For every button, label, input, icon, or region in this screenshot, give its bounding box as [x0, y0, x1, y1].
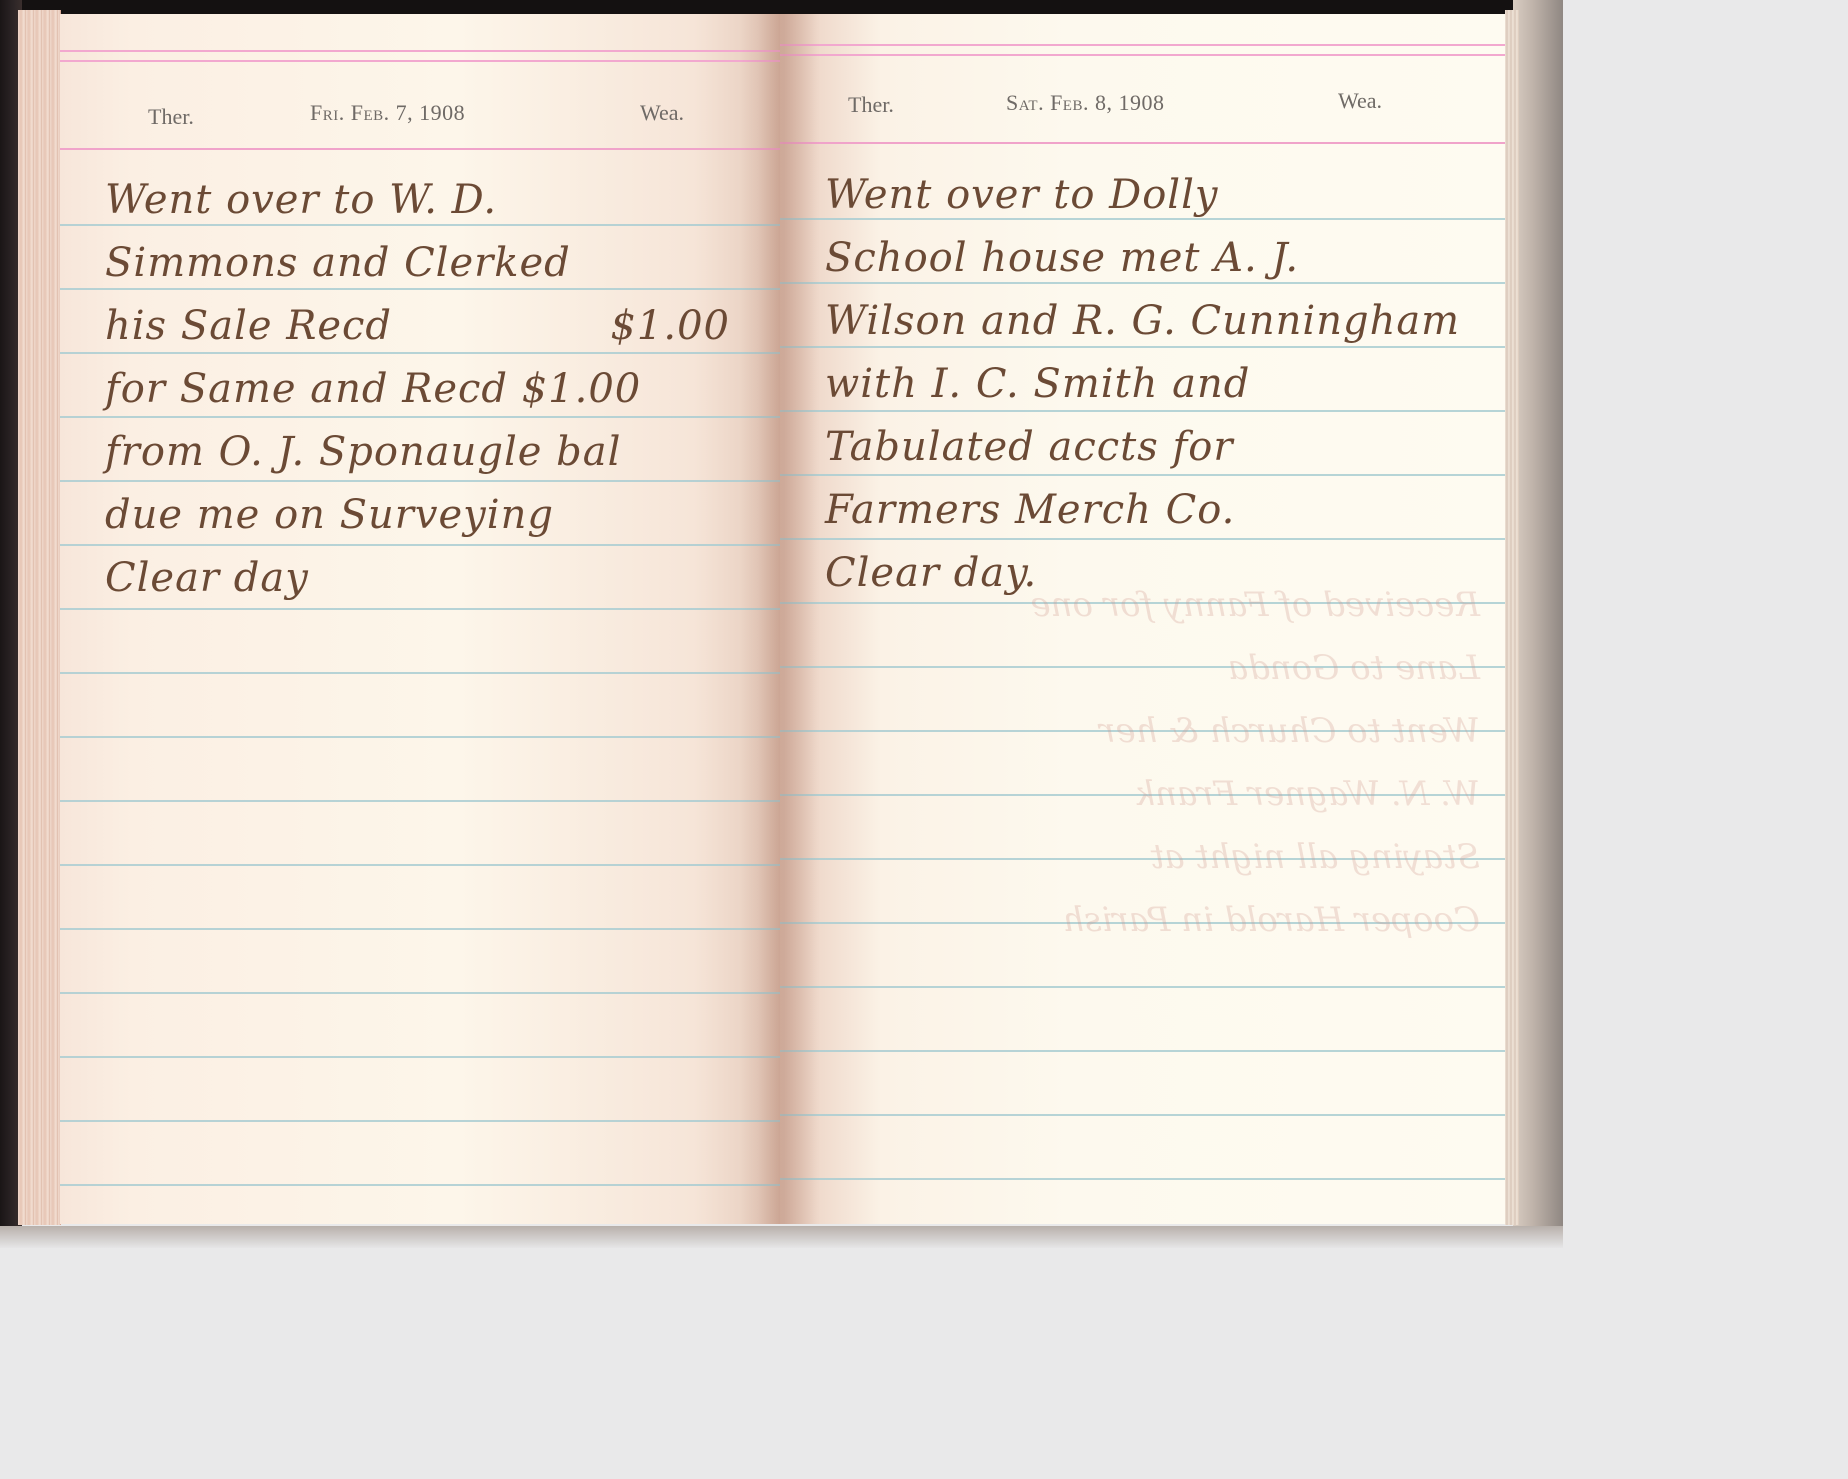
right-page: Ther. Sat. Feb. 8, 1908 Wea. Received of…: [780, 14, 1505, 1224]
amount-received: $1.00: [610, 295, 730, 358]
entry-line: Wilson and R. G. Cunningham: [825, 290, 1485, 353]
entry-line: his Sale Recd$1.00: [105, 295, 760, 358]
entry-date: Fri. Feb. 7, 1908: [310, 100, 465, 126]
thermometer-label: Ther.: [148, 104, 194, 130]
entry-line: Went over to W. D.: [105, 169, 760, 232]
bleed-through-text: Received of Fanny for one Lane to Gonda …: [900, 574, 1480, 952]
diary-spread: Ther. Fri. Feb. 7, 1908 Wea. Went over t…: [0, 0, 1563, 1248]
weather-label: Wea.: [1338, 88, 1382, 114]
header-bottom-rule: [780, 142, 1505, 144]
book-cover-bottom: [0, 1226, 1563, 1248]
entry-line: for Same and Recd $1.00: [105, 358, 760, 421]
page-edges-right: [1505, 10, 1519, 1225]
handwritten-entry: Went over to Dolly School house met A. J…: [825, 164, 1485, 605]
weather-label: Wea.: [640, 100, 684, 126]
entry-date: Sat. Feb. 8, 1908: [1006, 90, 1164, 116]
header-top-rule: [780, 44, 1505, 56]
entry-line: Went over to Dolly: [825, 164, 1485, 227]
page-edges-left: [18, 10, 61, 1225]
entry-line: Farmers Merch Co.: [825, 479, 1485, 542]
bleed-line: Cooper Harold in Parish: [900, 889, 1480, 952]
entry-line: Tabulated accts for: [825, 416, 1485, 479]
header-bottom-rule: [60, 148, 780, 150]
entry-line: from O. J. Sponaugle bal: [105, 421, 760, 484]
bleed-line: W. N. Wagner Frank: [900, 763, 1480, 826]
entry-line: Simmons and Clerked: [105, 232, 760, 295]
page-header: Ther. Sat. Feb. 8, 1908 Wea.: [780, 84, 1505, 124]
book-cover-right: [1513, 0, 1563, 1230]
entry-line: School house met A. J.: [825, 227, 1485, 290]
thermometer-label: Ther.: [848, 92, 894, 118]
entry-line-text: his Sale Recd: [105, 303, 392, 349]
entry-line: Clear day.: [825, 542, 1485, 605]
page-header: Ther. Fri. Feb. 7, 1908 Wea.: [60, 84, 780, 124]
left-page: Ther. Fri. Feb. 7, 1908 Wea. Went over t…: [60, 14, 780, 1224]
bleed-line: Staying all night at: [900, 826, 1480, 889]
handwritten-entry: Went over to W. D. Simmons and Clerked h…: [105, 169, 760, 610]
entry-line: due me on Surveying: [105, 484, 760, 547]
entry-line: with I. C. Smith and: [825, 353, 1485, 416]
book-cover-top: [0, 0, 1563, 14]
header-top-rule: [60, 50, 780, 62]
entry-line: Clear day: [105, 547, 760, 610]
bleed-line: Lane to Gonda: [900, 637, 1480, 700]
bleed-line: Went to Church & her: [900, 700, 1480, 763]
